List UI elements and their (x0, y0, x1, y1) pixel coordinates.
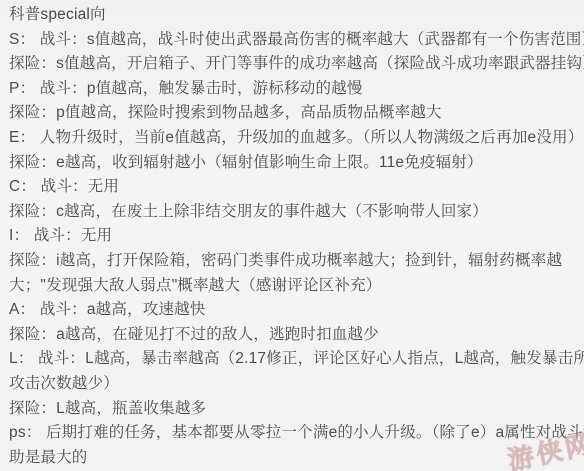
text-line-i-explore-cont: 大；"发现强大敌人弱点"概率越大（感谢评论区补充） (9, 274, 584, 299)
text-line-e-explore: 探险：e越高，收到辐射越小（辐射值影响生命上限。11e免疫辐射） (9, 151, 584, 176)
article-title: 科普special向 (9, 3, 584, 28)
text-line-c-combat: C： 战斗：无用 (9, 175, 584, 200)
article-text-block: 科普special向 S： 战斗：s值越高，战斗时使出武器最高伤害的概率越大（武… (9, 3, 584, 470)
text-line-ps-note-cont: 助是最大的 (9, 446, 584, 471)
text-line-p-explore: 探险：p值越高，探险时搜索到物品越多，高品质物品概率越大 (9, 101, 584, 126)
text-line-s-combat: S： 战斗：s值越高，战斗时使出武器最高伤害的概率越大（武器都有一个伤害范围） (9, 28, 584, 53)
text-line-a-combat: A： 战斗：a越高，攻速越快 (9, 298, 584, 323)
text-line-l-combat-cont: 攻击次数越少） (9, 372, 584, 397)
text-line-l-combat: L： 战斗：L越高，暴击率越高（2.17修正，评论区好心人指点，L越高，触发暴击… (9, 347, 584, 372)
text-line-p-combat: P： 战斗：p值越高，触发暴击时，游标移动的越慢 (9, 77, 584, 102)
text-line-a-explore: 探险：a越高，在碰见打不过的敌人，逃跑时扣血越少 (9, 323, 584, 348)
text-line-i-combat: I： 战斗：无用 (9, 224, 584, 249)
text-line-i-explore: 探险：i越高，打开保险箱，密码门类事件成功概率越大；捡到针，辐射药概率越 (9, 249, 584, 274)
article-page: 科普special向 S： 战斗：s值越高，战斗时使出武器最高伤害的概率越大（武… (0, 0, 584, 471)
text-line-l-explore: 探险：L越高，瓶盖收集越多 (9, 397, 584, 422)
text-line-s-explore: 探险：s值越高，开启箱子、开门等事件的成功率越高（探险战斗成功率跟武器挂钩） (9, 52, 584, 77)
text-line-e-levelup: E： 人物升级时，当前e值越高，升级加的血越多。（所以人物满级之后再加e没用） (9, 126, 584, 151)
text-line-c-explore: 探险：c越高，在废土上除非结交朋友的事件越大（不影响带人回家） (9, 200, 584, 225)
text-line-ps-note: ps： 后期打难的任务，基本都要从零拉一个满e的小人升级。（除了e）a属性对战斗… (9, 421, 584, 446)
